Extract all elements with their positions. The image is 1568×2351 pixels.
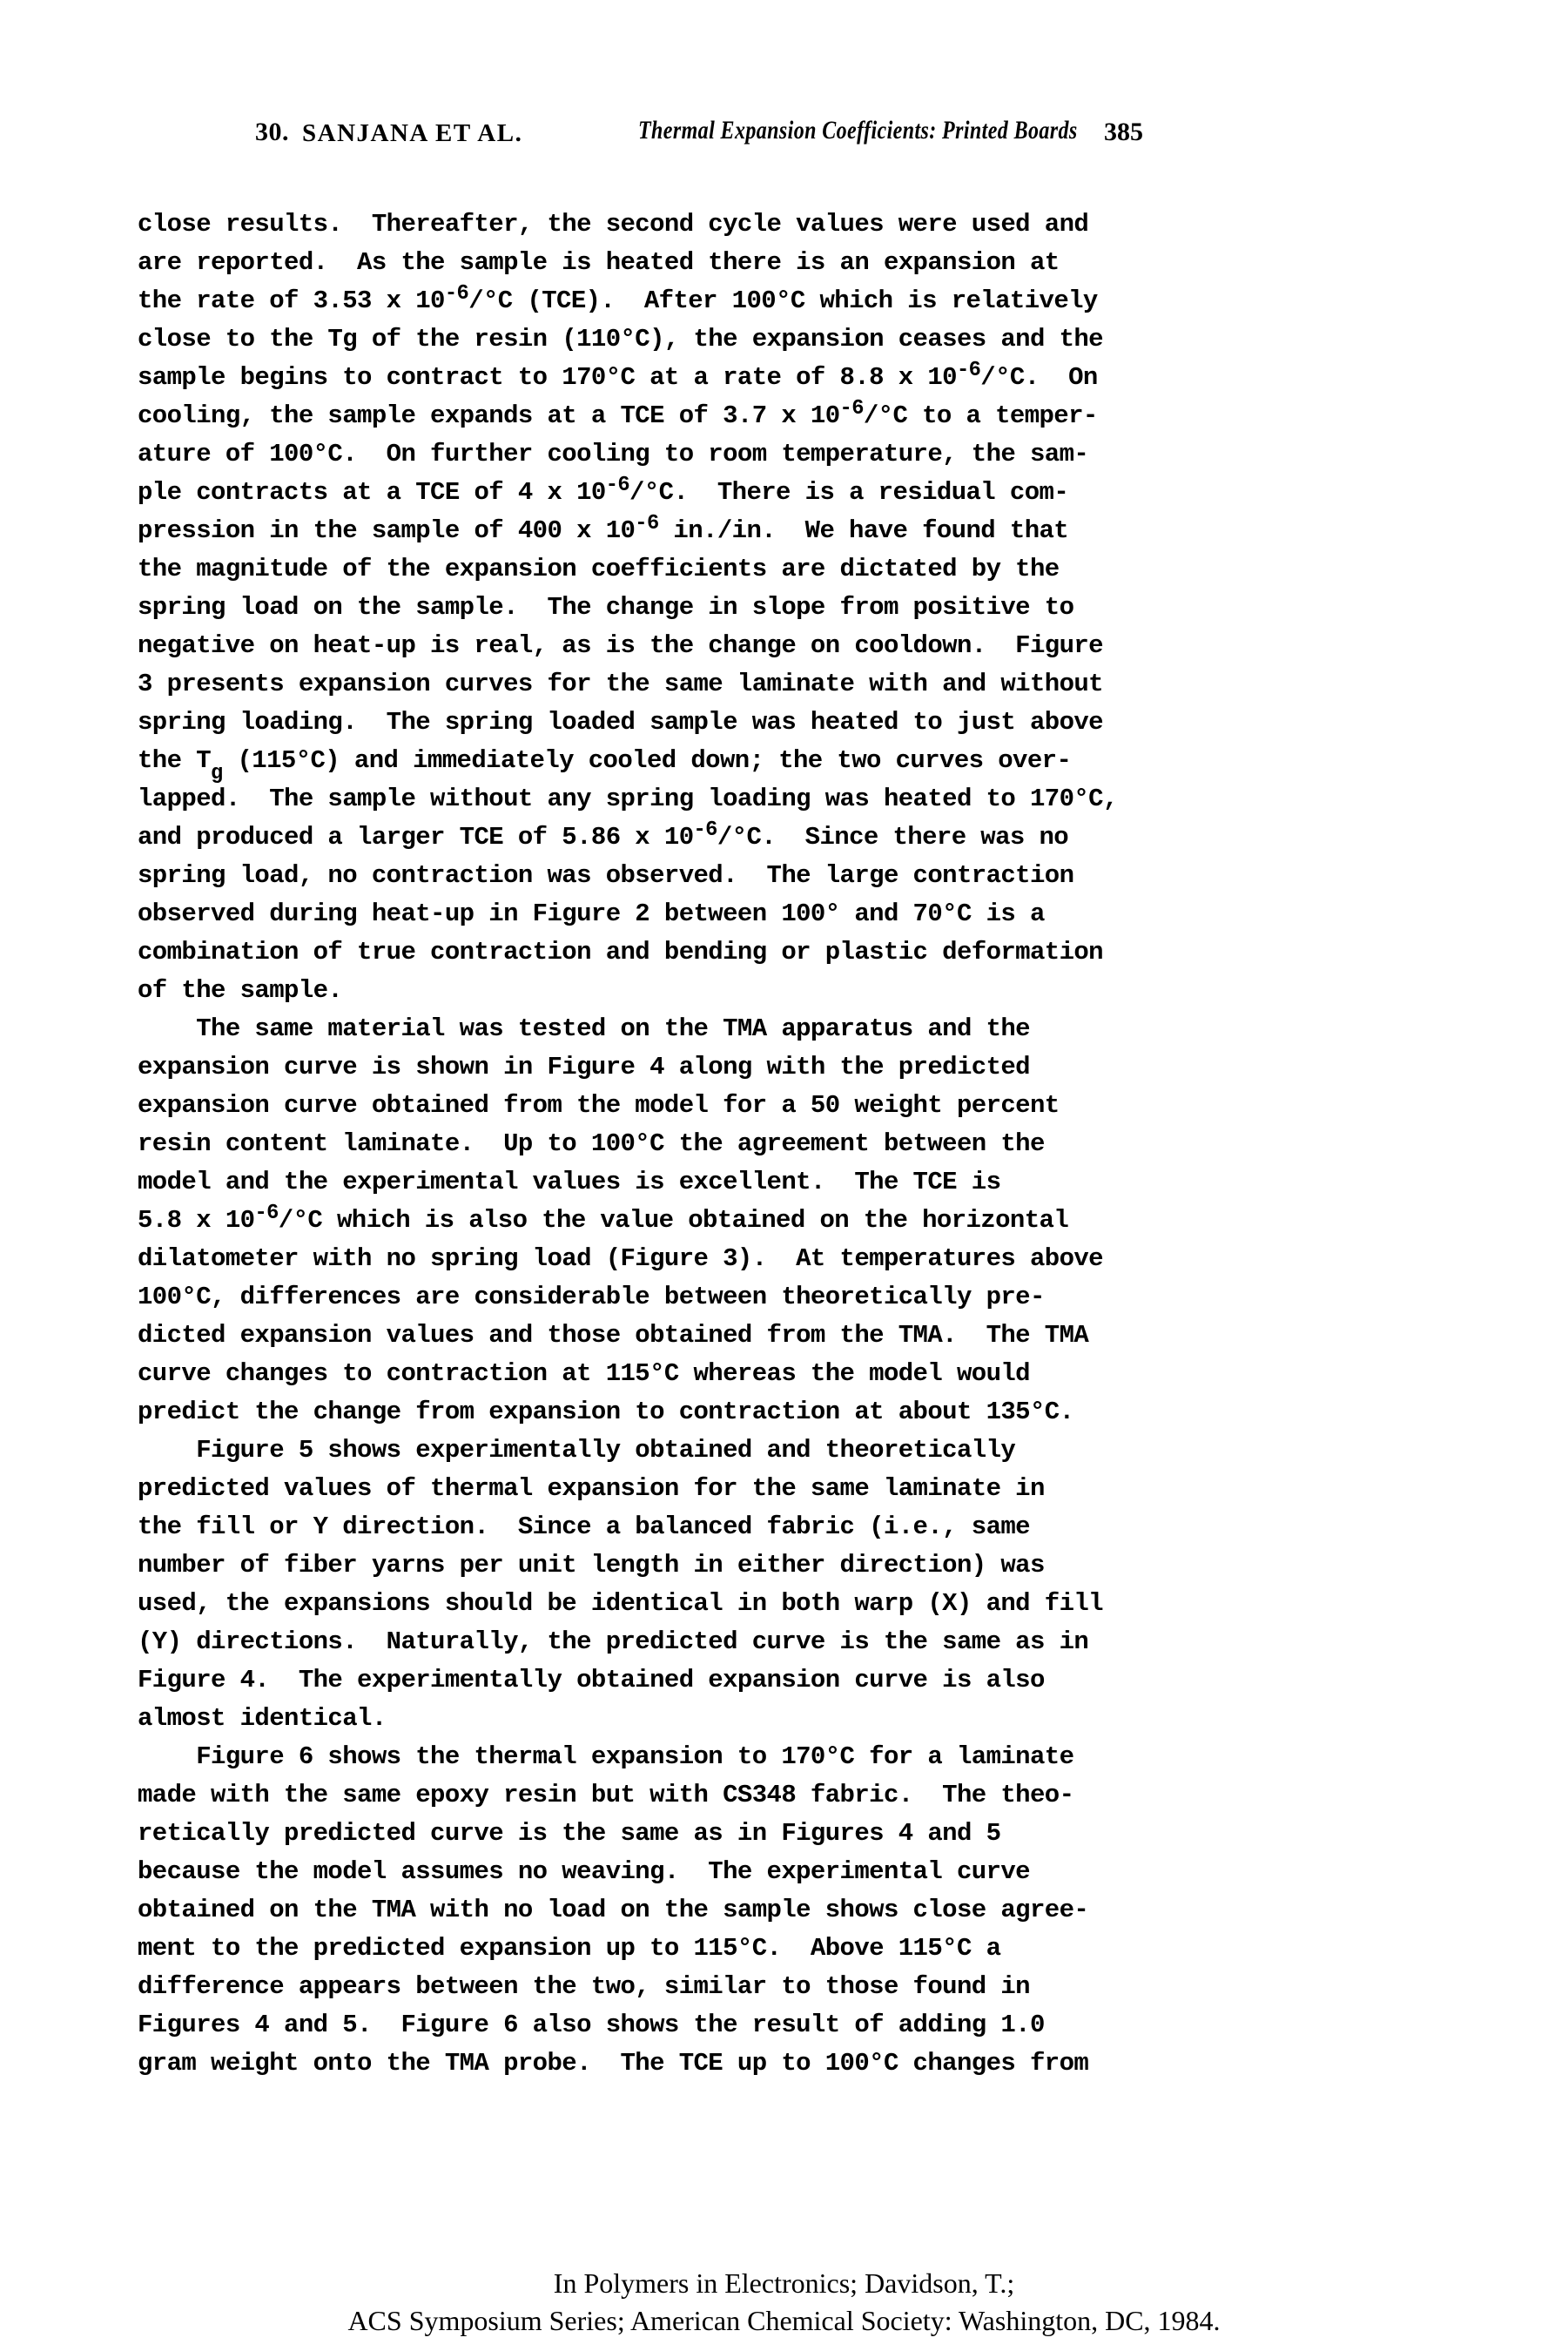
body-line: Figure 6 shows the thermal expansion to …	[138, 1738, 1496, 1776]
body-line: the rate of 3.53 x 10-6/°C (TCE). After …	[138, 282, 1496, 320]
body-line: pression in the sample of 400 x 10-6 in.…	[138, 512, 1496, 550]
body-line: lapped. The sample without any spring lo…	[138, 780, 1496, 818]
footer-citation-line2: ACS Symposium Series; American Chemical …	[0, 2302, 1568, 2340]
body-line: resin content laminate. Up to 100°C the …	[138, 1125, 1496, 1163]
scanned-page: 30. SANJANA ET AL. Thermal Expansion Coe…	[0, 0, 1568, 2351]
body-line: ple contracts at a TCE of 4 x 10-6/°C. T…	[138, 474, 1496, 512]
body-line: dicted expansion values and those obtain…	[138, 1317, 1496, 1355]
body-line: the fill or Y direction. Since a balance…	[138, 1508, 1496, 1546]
body-line: 100°C, differences are considerable betw…	[138, 1278, 1496, 1317]
body-line: The same material was tested on the TMA …	[138, 1010, 1496, 1048]
body-line: gram weight onto the TMA probe. The TCE …	[138, 2044, 1496, 2083]
body-line: because the model assumes no weaving. Th…	[138, 1853, 1496, 1891]
body-line: of the sample.	[138, 972, 1496, 1010]
body-line: obtained on the TMA with no load on the …	[138, 1891, 1496, 1930]
page-footer: In Polymers in Electronics; Davidson, T.…	[0, 2265, 1568, 2340]
body-line: number of fiber yarns per unit length in…	[138, 1546, 1496, 1585]
body-line: Figure 4. The experimentally obtained ex…	[138, 1661, 1496, 1700]
body-line: predicted values of thermal expansion fo…	[138, 1470, 1496, 1508]
body-line: combination of true contraction and bend…	[138, 933, 1496, 972]
body-line: close results. Thereafter, the second cy…	[138, 205, 1496, 244]
body-line: close to the Tg of the resin (110°C), th…	[138, 320, 1496, 359]
body-line: and produced a larger TCE of 5.86 x 10-6…	[138, 818, 1496, 857]
running-head: 30. SANJANA ET AL. Thermal Expansion Coe…	[0, 116, 1568, 156]
body-line: spring load on the sample. The change in…	[138, 589, 1496, 627]
body-line: spring loading. The spring loaded sample…	[138, 704, 1496, 742]
footer-citation-line1: In Polymers in Electronics; Davidson, T.…	[0, 2265, 1568, 2302]
body-line: Figures 4 and 5. Figure 6 also shows the…	[138, 2006, 1496, 2044]
body-line: 3 presents expansion curves for the same…	[138, 665, 1496, 704]
body-text: close results. Thereafter, the second cy…	[138, 205, 1496, 2083]
body-line: the Tg (115°C) and immediately cooled do…	[138, 742, 1496, 780]
body-line: observed during heat-up in Figure 2 betw…	[138, 895, 1496, 933]
body-line: ment to the predicted expansion up to 11…	[138, 1930, 1496, 1968]
body-line: spring load, no contraction was observed…	[138, 857, 1496, 895]
body-line: used, the expansions should be identical…	[138, 1585, 1496, 1623]
body-line: almost identical.	[138, 1700, 1496, 1738]
running-authors: SANJANA ET AL.	[302, 119, 522, 148]
body-line: dilatometer with no spring load (Figure …	[138, 1240, 1496, 1278]
body-line: expansion curve obtained from the model …	[138, 1087, 1496, 1125]
body-line: difference appears between the two, simi…	[138, 1968, 1496, 2006]
body-line: ature of 100°C. On further cooling to ro…	[138, 435, 1496, 474]
body-line: retically predicted curve is the same as…	[138, 1815, 1496, 1853]
body-line: the magnitude of the expansion coefficie…	[138, 550, 1496, 589]
body-line: sample begins to contract to 170°C at a …	[138, 359, 1496, 397]
page-number: 385	[1104, 118, 1143, 147]
body-line: model and the experimental values is exc…	[138, 1163, 1496, 1202]
chapter-number: 30.	[255, 118, 289, 147]
body-line: (Y) directions. Naturally, the predicted…	[138, 1623, 1496, 1661]
body-line: expansion curve is shown in Figure 4 alo…	[138, 1048, 1496, 1087]
body-line: made with the same epoxy resin but with …	[138, 1776, 1496, 1815]
body-line: negative on heat-up is real, as is the c…	[138, 627, 1496, 665]
body-line: curve changes to contraction at 115°C wh…	[138, 1355, 1496, 1393]
body-line: predict the change from expansion to con…	[138, 1393, 1496, 1431]
body-line: 5.8 x 10-6/°C which is also the value ob…	[138, 1202, 1496, 1240]
body-line: are reported. As the sample is heated th…	[138, 244, 1496, 282]
body-line: cooling, the sample expands at a TCE of …	[138, 397, 1496, 435]
running-title: Thermal Expansion Coefficients: Printed …	[638, 116, 1078, 145]
body-line: Figure 5 shows experimentally obtained a…	[138, 1431, 1496, 1470]
